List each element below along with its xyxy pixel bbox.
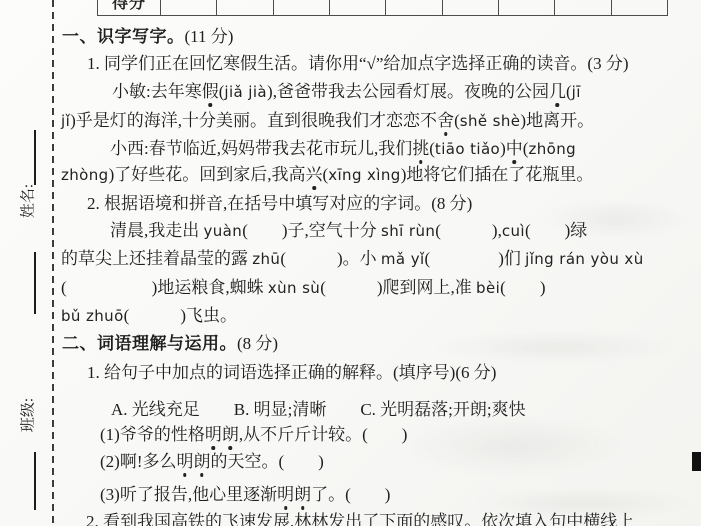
score-empty-cell [554, 0, 610, 15]
pinyin-text: zhōng [528, 140, 576, 158]
section-1-question-2: 2. 根据语境和拼音,在括号中填写对应的字词。(8 分) [87, 193, 472, 215]
pinyin-text: jī [572, 83, 581, 101]
text-segment: ,从不斤斤计较。( ) [239, 425, 408, 444]
text-segment: 的草尖上还挂着晶莹的露 [61, 249, 252, 268]
text-segment: ),爸爸带我去公园看灯展。夜晚的公园 [267, 82, 549, 101]
text-segment: 小西:春节临近,妈妈带我去花市玩儿,我们 [110, 139, 412, 158]
text-segment: (1)爷爷的性格 [100, 425, 205, 444]
section-1-heading: 一、识字写字。(11 分) [62, 26, 233, 48]
question-1-item-3: (3)听了报告,他心里逐渐明朗了。( ) [100, 484, 390, 506]
text-segment: (3)听了报告,他心里逐渐 [100, 485, 277, 504]
question-2-passage-line-4: bǔ zhuō( )飞虫。 [61, 305, 237, 327]
scan-edge-mark [692, 452, 701, 471]
text-segment: 清晨,我走出 [110, 221, 204, 240]
pinyin-text: cuì [502, 222, 525, 240]
text-segment: 2. 看到我国高铁的飞速发展,林林发出了下面的感叹。依次填入句中横线上 [86, 512, 634, 526]
text-segment: 二、词语理解与运用。 [62, 334, 237, 353]
name-label: 姓名: [17, 184, 38, 218]
score-empty-cell [442, 0, 498, 15]
pinyin-text: zhòng [61, 166, 109, 184]
score-empty-cell [611, 0, 667, 15]
emphasized-char: 兴 [306, 164, 323, 186]
class-label: 班级: [17, 398, 38, 432]
score-empty-cell [385, 0, 441, 15]
text-segment: 1. 给句子中加点的词语选择正确的解释。(填序号)(6 分) [87, 363, 496, 382]
emphasized-char: 明 [277, 484, 294, 506]
section-2-heading: 二、词语理解与运用。(8 分) [62, 333, 278, 355]
emphasized-char: 中 [506, 138, 523, 160]
text-segment: )了好些花。回到家后,我高 [109, 165, 306, 184]
pinyin-text: mǎ yǐ [381, 250, 425, 268]
question-2-passage-line-2: 的草尖上还挂着晶莹的露 zhū( )。小 mǎ yǐ( )们 jǐng rán … [61, 248, 644, 270]
section-2-question-2: 2. 看到我国高铁的飞速发展,林林发出了下面的感叹。依次填入句中横线上 [86, 511, 634, 526]
text-segment: ( )绿 [525, 221, 587, 240]
emphasized-char: 几 [549, 81, 566, 103]
question-1-passage-line-2: jǐ)乎是灯的海洋,十分美丽。直到很晚我们才恋恋不舍(shě shè)地离开。 [61, 110, 594, 132]
text-segment: 一、识字写字。 [62, 27, 185, 46]
pinyin-text: tiāo tiǎo [435, 140, 500, 158]
text-segment: 小敏:去年寒 [112, 82, 202, 101]
text-segment: ( )。小 [280, 249, 381, 268]
text-segment: A. 光线充足 B. 明显;清晰 C. 光明磊落;开朗;爽快 [111, 400, 526, 419]
text-segment: )地将它们插在了花瓶里。 [401, 165, 594, 184]
pinyin-text: xùn sù [268, 279, 320, 297]
text-segment: (2)啊!多么 [100, 452, 176, 471]
pinyin-text: shī rùn [381, 222, 435, 240]
exam-paper-scan: 得分 姓名: 班级: 一、识字写字。(11 分) 1. 同学们正在回忆寒假生活。… [0, 0, 701, 526]
text-segment: ( ), [435, 221, 502, 240]
text-segment: (11 分) [185, 27, 234, 46]
score-empty-cell [160, 0, 216, 15]
name-blank-line [34, 130, 36, 185]
text-segment: (8 分) [237, 334, 278, 353]
emphasized-char: 朗 [222, 424, 239, 446]
question-1-passage-line-4: zhòng)了好些花。回到家后,我高兴(xīng xìng)地将它们插在了花瓶里… [61, 164, 593, 186]
score-empty-cell [216, 0, 272, 15]
class-blank-line [34, 252, 36, 314]
emphasized-char: 舍 [437, 110, 454, 132]
emphasized-char: 挑 [412, 138, 429, 160]
text-segment: ( )地运粮食,蜘蛛 [61, 278, 268, 297]
pinyin-text: bǔ zhuō [61, 307, 124, 325]
pinyin-text: zhū [252, 250, 280, 268]
pinyin-text: jǐ [61, 112, 70, 130]
text-segment: )乎是灯的海洋,十分美丽。直到很晚我们才恋恋不 [70, 111, 437, 130]
text-segment: ( )们 [425, 249, 526, 268]
pinyin-text: bèi [476, 279, 500, 297]
text-segment: ( ) [500, 278, 545, 297]
score-empty-cell [329, 0, 385, 15]
question-1-item-1: (1)爷爷的性格明朗,从不斤斤计较。( ) [100, 424, 407, 446]
text-segment: 1. 同学们正在回忆寒假生活。请你用“√”给加点字选择正确的读音。(3 分) [87, 54, 629, 73]
question-2-passage-line-1: 清晨,我走出 yuàn( )子,空气十分 shī rùn( ),cuì( )绿 [110, 220, 587, 242]
fold-dashed-line [52, 0, 54, 526]
score-cells [160, 0, 667, 15]
section-2-question-1: 1. 给句子中加点的词语选择正确的解释。(填序号)(6 分) [87, 362, 496, 384]
emphasized-char: 假 [202, 81, 219, 103]
emphasized-char: 朗 [294, 484, 311, 506]
score-empty-cell [273, 0, 329, 15]
pinyin-text: jǐng rán yòu xù [525, 250, 643, 268]
text-segment: 2. 根据语境和拼音,在括号中填写对应的字词。(8 分) [87, 194, 472, 213]
emphasized-char: 明 [176, 451, 193, 473]
text-segment: ( )爬到网上,准 [320, 278, 476, 297]
pinyin-text: jiǎ jià [224, 83, 267, 101]
text-segment: 的天空。( ) [210, 452, 323, 471]
text-segment: ( )飞虫。 [124, 306, 237, 325]
question-1-item-2: (2)啊!多么明朗的天空。( ) [100, 451, 324, 473]
score-table: 得分 [97, 0, 668, 16]
margin-blank-line [34, 452, 36, 510]
bleed-through-artifact [430, 330, 680, 364]
pinyin-text: xīng xìng [328, 166, 401, 184]
text-segment: 了。( ) [311, 485, 390, 504]
question-2-passage-line-3: ( )地运粮食,蜘蛛 xùn sù( )爬到网上,准 bèi( ) [61, 277, 546, 299]
emphasized-char: 明 [205, 424, 222, 446]
text-segment: )地离开。 [520, 111, 594, 130]
question-1-options: A. 光线充足 B. 明显;清晰 C. 光明磊落;开朗;爽快 [111, 399, 526, 421]
score-label-cell: 得分 [98, 0, 160, 15]
question-1-passage-line-1: 小敏:去年寒假(jiǎ jià),爸爸带我去公园看灯展。夜晚的公园几(jī [112, 81, 581, 103]
section-1-question-1: 1. 同学们正在回忆寒假生活。请你用“√”给加点字选择正确的读音。(3 分) [87, 53, 629, 75]
text-segment: ( )子,空气十分 [242, 221, 381, 240]
question-1-passage-line-3: 小西:春节临近,妈妈带我去花市玩儿,我们挑(tiāo tiǎo)中(zhōng [110, 138, 576, 160]
pinyin-text: shě shè [460, 112, 521, 130]
bleed-through-artifact [395, 415, 635, 477]
score-empty-cell [498, 0, 554, 15]
pinyin-text: yuàn [204, 222, 243, 240]
emphasized-char: 朗 [193, 451, 210, 473]
